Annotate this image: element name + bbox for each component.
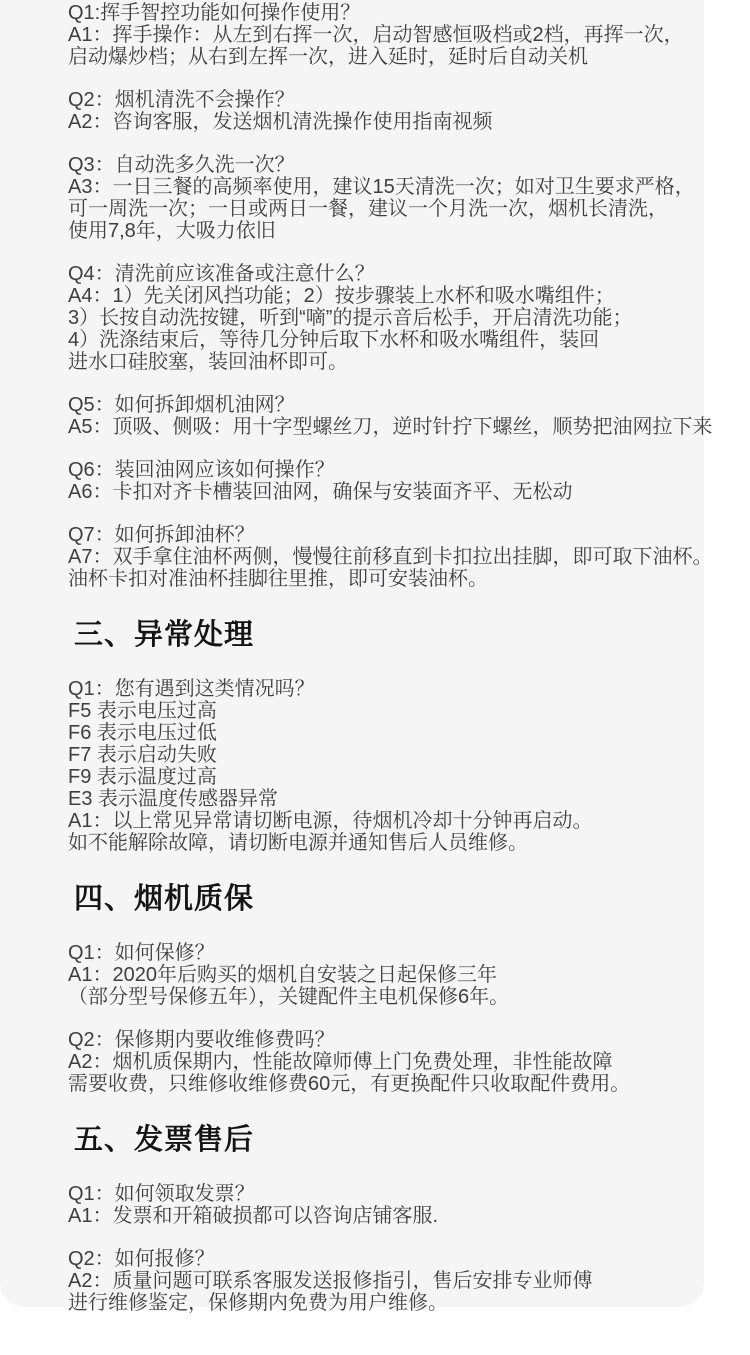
section-heading: 三、异常处理 <box>74 618 696 652</box>
qa-line: Q2：如何报修？ <box>68 1248 696 1270</box>
qa-line: 进行维修鉴定，保修期内免费为用户维修。 <box>68 1292 696 1314</box>
qa-line: Q4：清洗前应该准备或注意什么？ <box>68 263 696 285</box>
qa-line: Q7：如何拆卸油杯？ <box>68 524 696 546</box>
qa-block: Q1:挥手智控功能如何操作使用？A1：挥手操作：从左到右挥一次，启动智感恒吸档或… <box>68 2 696 68</box>
qa-line: 进水口硅胶塞，装回油杯即可。 <box>68 351 696 373</box>
qa-line: 可一周洗一次；一日或两日一餐，建议一个月洗一次，烟机长清洗， <box>68 198 696 220</box>
qa-block: Q1：您有遇到这类情况吗？F5 表示电压过高F6 表示电压过低F7 表示启动失败… <box>68 678 696 854</box>
qa-line: A6：卡扣对齐卡槽装回油网，确保与安装面齐平、无松动 <box>68 481 696 503</box>
qa-line: Q5：如何拆卸烟机油网？ <box>68 394 696 416</box>
qa-block: Q4：清洗前应该准备或注意什么？A4：1）先关闭风挡功能；2）按步骤装上水杯和吸… <box>68 263 696 373</box>
qa-block: Q1：如何领取发票？A1：发票和开箱破损都可以咨询店铺客服. <box>68 1183 696 1227</box>
qa-block: Q5：如何拆卸烟机油网？A5：顶吸、侧吸：用十字型螺丝刀，逆时针拧下螺丝，顺势把… <box>68 394 696 438</box>
qa-line: A4：1）先关闭风挡功能；2）按步骤装上水杯和吸水嘴组件； <box>68 285 696 307</box>
section-heading: 四、烟机质保 <box>74 882 696 916</box>
faq-content: Q1:挥手智控功能如何操作使用？A1：挥手操作：从左到右挥一次，启动智感恒吸档或… <box>0 0 704 1314</box>
qa-block: Q2：烟机清洗不会操作？A2：咨询客服，发送烟机清洗操作使用指南视频 <box>68 89 696 133</box>
qa-line: 使用7,8年，大吸力依旧 <box>68 220 696 242</box>
qa-line: F7 表示启动失败 <box>68 744 696 766</box>
qa-line: A2：咨询客服，发送烟机清洗操作使用指南视频 <box>68 111 696 133</box>
qa-line: Q1：如何保修？ <box>68 942 696 964</box>
qa-block: Q3：自动洗多久洗一次？A3：一日三餐的高频率使用，建议15天清洗一次；如对卫生… <box>68 154 696 242</box>
qa-block: Q7：如何拆卸油杯？A7：双手拿住油杯两侧，慢慢往前移直到卡扣拉出挂脚，即可取下… <box>68 524 696 590</box>
qa-line: 启动爆炒档；从右到左挥一次，进入延时，延时后自动关机 <box>68 46 696 68</box>
qa-line: Q1:挥手智控功能如何操作使用？ <box>68 2 696 24</box>
qa-line: A1：以上常见异常请切断电源，待烟机冷却十分钟再启动。 <box>68 810 696 832</box>
qa-line: A5：顶吸、侧吸：用十字型螺丝刀，逆时针拧下螺丝，顺势把油网拉下来 <box>68 416 696 438</box>
qa-line: F5 表示电压过高 <box>68 700 696 722</box>
section-heading: 五、发票售后 <box>74 1123 696 1157</box>
qa-block: Q2：保修期内要收维修费吗？A2：烟机质保期内，性能故障师傅上门免费处理，非性能… <box>68 1029 696 1095</box>
qa-line: Q3：自动洗多久洗一次？ <box>68 154 696 176</box>
qa-line: A1：2020年后购买的烟机自安装之日起保修三年 <box>68 964 696 986</box>
qa-line: 油杯卡扣对准油杯挂脚往里推，即可安装油杯。 <box>68 568 696 590</box>
qa-line: A2：烟机质保期内，性能故障师傅上门免费处理，非性能故障 <box>68 1051 696 1073</box>
qa-line: （部分型号保修五年），关键配件主电机保修6年。 <box>68 986 696 1008</box>
qa-line: E3 表示温度传感器异常 <box>68 788 696 810</box>
faq-card: Q1:挥手智控功能如何操作使用？A1：挥手操作：从左到右挥一次，启动智感恒吸档或… <box>0 0 704 1307</box>
qa-line: F6 表示电压过低 <box>68 722 696 744</box>
qa-line: 4）洗涤结束后，等待几分钟后取下水杯和吸水嘴组件，装回 <box>68 329 696 351</box>
qa-line: Q6：装回油网应该如何操作？ <box>68 459 696 481</box>
qa-block: Q1：如何保修？A1：2020年后购买的烟机自安装之日起保修三年（部分型号保修五… <box>68 942 696 1008</box>
qa-line: A3：一日三餐的高频率使用，建议15天清洗一次；如对卫生要求严格， <box>68 176 696 198</box>
qa-line: Q2：烟机清洗不会操作？ <box>68 89 696 111</box>
qa-line: F9 表示温度过高 <box>68 766 696 788</box>
qa-line: 3）长按自动洗按键，听到“嘀”的提示音后松手，开启清洗功能； <box>68 307 696 329</box>
qa-line: A7：双手拿住油杯两侧，慢慢往前移直到卡扣拉出挂脚，即可取下油杯。 <box>68 546 696 568</box>
qa-block: Q2：如何报修？A2：质量问题可联系客服发送报修指引，售后安排专业师傅进行维修鉴… <box>68 1248 696 1314</box>
qa-line: Q1：您有遇到这类情况吗？ <box>68 678 696 700</box>
qa-line: A1：发票和开箱破损都可以咨询店铺客服. <box>68 1205 696 1227</box>
qa-line: 需要收费，只维修收维修费60元，有更换配件只收取配件费用。 <box>68 1073 696 1095</box>
qa-block: Q6：装回油网应该如何操作？A6：卡扣对齐卡槽装回油网，确保与安装面齐平、无松动 <box>68 459 696 503</box>
qa-line: A1：挥手操作：从左到右挥一次，启动智感恒吸档或2档，再挥一次， <box>68 24 696 46</box>
qa-line: A2：质量问题可联系客服发送报修指引，售后安排专业师傅 <box>68 1270 696 1292</box>
qa-line: 如不能解除故障，请切断电源并通知售后人员维修。 <box>68 832 696 854</box>
qa-line: Q2：保修期内要收维修费吗？ <box>68 1029 696 1051</box>
qa-line: Q1：如何领取发票？ <box>68 1183 696 1205</box>
